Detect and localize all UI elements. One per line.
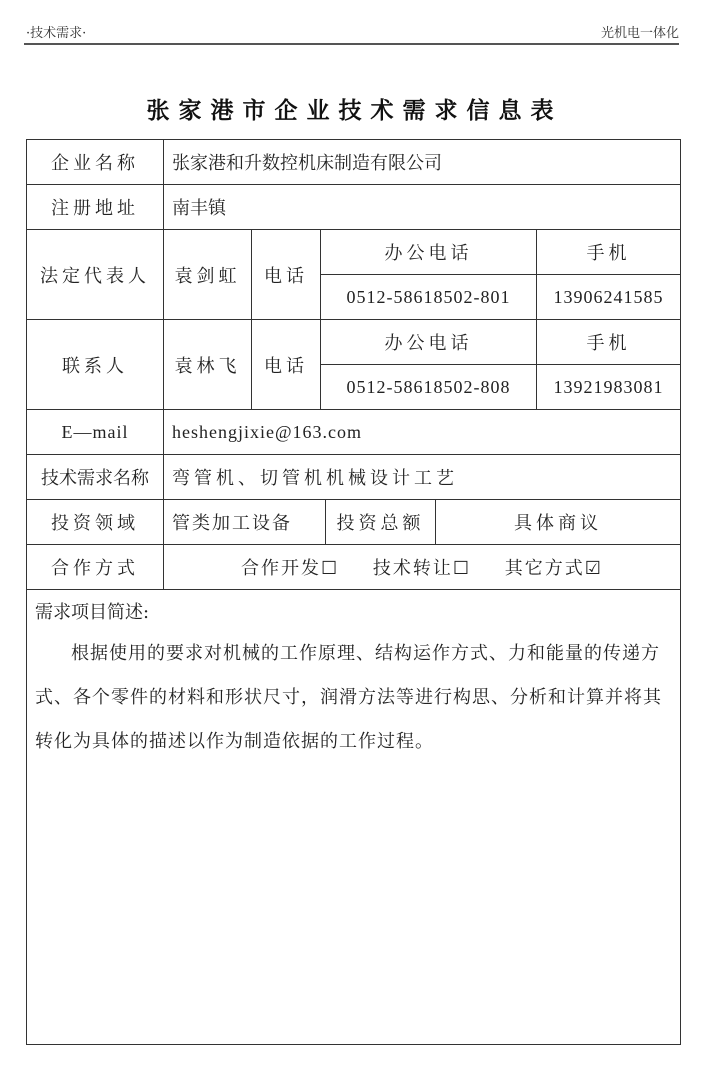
tech-need-name-label: 技术需求名称 — [27, 455, 164, 500]
company-name-value: 张家港和升数控机床制造有限公司 — [164, 140, 681, 185]
investment-field-label: 投资领域 — [27, 500, 164, 545]
cooperation-option-tech-transfer[interactable]: 技术转让☐ — [373, 554, 471, 580]
legal-rep-phone-label: 电话 — [252, 230, 321, 320]
contact-label: 联系人 — [27, 320, 164, 410]
option-label: 其它方式 — [505, 558, 585, 579]
checkbox-checked-icon[interactable]: ☑ — [585, 558, 603, 579]
row-cooperation: 合作方式 合作开发☐ 技术转让☐ 其它方式☑ — [27, 545, 681, 590]
page-title: 张家港市企业技术需求信息表 — [0, 92, 709, 125]
checkbox-unchecked-icon[interactable]: ☐ — [453, 558, 471, 579]
legal-rep-name: 袁剑虹 — [164, 230, 252, 320]
legal-rep-office-phone-label: 办公电话 — [321, 230, 537, 275]
legal-rep-office-phone: 0512-58618502-801 — [321, 275, 537, 320]
row-tech-need-name: 技术需求名称 弯管机、切管机机械设计工艺 — [27, 455, 681, 500]
row-investment: 投资领域 管类加工设备 投资总额 具体商议 — [27, 500, 681, 545]
investment-amount-value: 具体商议 — [436, 500, 681, 545]
contact-office-phone-label: 办公电话 — [321, 320, 537, 365]
description-label: 需求项目简述: — [35, 596, 672, 630]
description-text: 根据使用的要求对机械的工作原理、结构运作方式、力和能量的传递方式、各个零件的材料… — [35, 632, 672, 764]
row-description: 需求项目简述: 根据使用的要求对机械的工作原理、结构运作方式、力和能量的传递方式… — [27, 590, 681, 1045]
option-label: 技术转让 — [373, 558, 453, 579]
investment-amount-label: 投资总额 — [326, 500, 436, 545]
address-value: 南丰镇 — [164, 185, 681, 230]
contact-mobile-label: 手机 — [537, 320, 681, 365]
investment-field-value: 管类加工设备 — [164, 500, 326, 545]
tech-demand-form-table: 企业名称 张家港和升数控机床制造有限公司 注册地址 南丰镇 法定代表人 袁剑虹 … — [26, 139, 681, 1045]
header-divider — [24, 43, 679, 45]
tech-need-name-value: 弯管机、切管机机械设计工艺 — [164, 455, 681, 500]
row-company-name: 企业名称 张家港和升数控机床制造有限公司 — [27, 140, 681, 185]
cooperation-option-joint-development[interactable]: 合作开发☐ — [241, 554, 339, 580]
row-address: 注册地址 南丰镇 — [27, 185, 681, 230]
cooperation-option-other[interactable]: 其它方式☑ — [505, 554, 603, 580]
cooperation-label: 合作方式 — [27, 545, 164, 590]
email-label: E—mail — [27, 410, 164, 455]
section-header-right: 光机电一体化 — [601, 22, 679, 41]
option-label: 合作开发 — [241, 558, 321, 579]
address-label: 注册地址 — [27, 185, 164, 230]
checkbox-unchecked-icon[interactable]: ☐ — [321, 558, 339, 579]
contact-name: 袁林飞 — [164, 320, 252, 410]
description-cell: 需求项目简述: 根据使用的要求对机械的工作原理、结构运作方式、力和能量的传递方式… — [27, 590, 681, 1045]
legal-rep-mobile: 13906241585 — [537, 275, 681, 320]
row-contact-top: 联系人 袁林飞 电话 办公电话 手机 — [27, 320, 681, 365]
legal-rep-label: 法定代表人 — [27, 230, 164, 320]
contact-office-phone: 0512-58618502-808 — [321, 365, 537, 410]
row-legal-rep-top: 法定代表人 袁剑虹 电话 办公电话 手机 — [27, 230, 681, 275]
row-email: E—mail heshengjixie@163.com — [27, 410, 681, 455]
legal-rep-mobile-label: 手机 — [537, 230, 681, 275]
section-header-left: ·技术需求· — [26, 22, 86, 41]
cooperation-options: 合作开发☐ 技术转让☐ 其它方式☑ — [164, 545, 681, 590]
contact-mobile: 13921983081 — [537, 365, 681, 410]
email-value: heshengjixie@163.com — [164, 410, 681, 455]
contact-phone-label: 电话 — [252, 320, 321, 410]
company-name-label: 企业名称 — [27, 140, 164, 185]
